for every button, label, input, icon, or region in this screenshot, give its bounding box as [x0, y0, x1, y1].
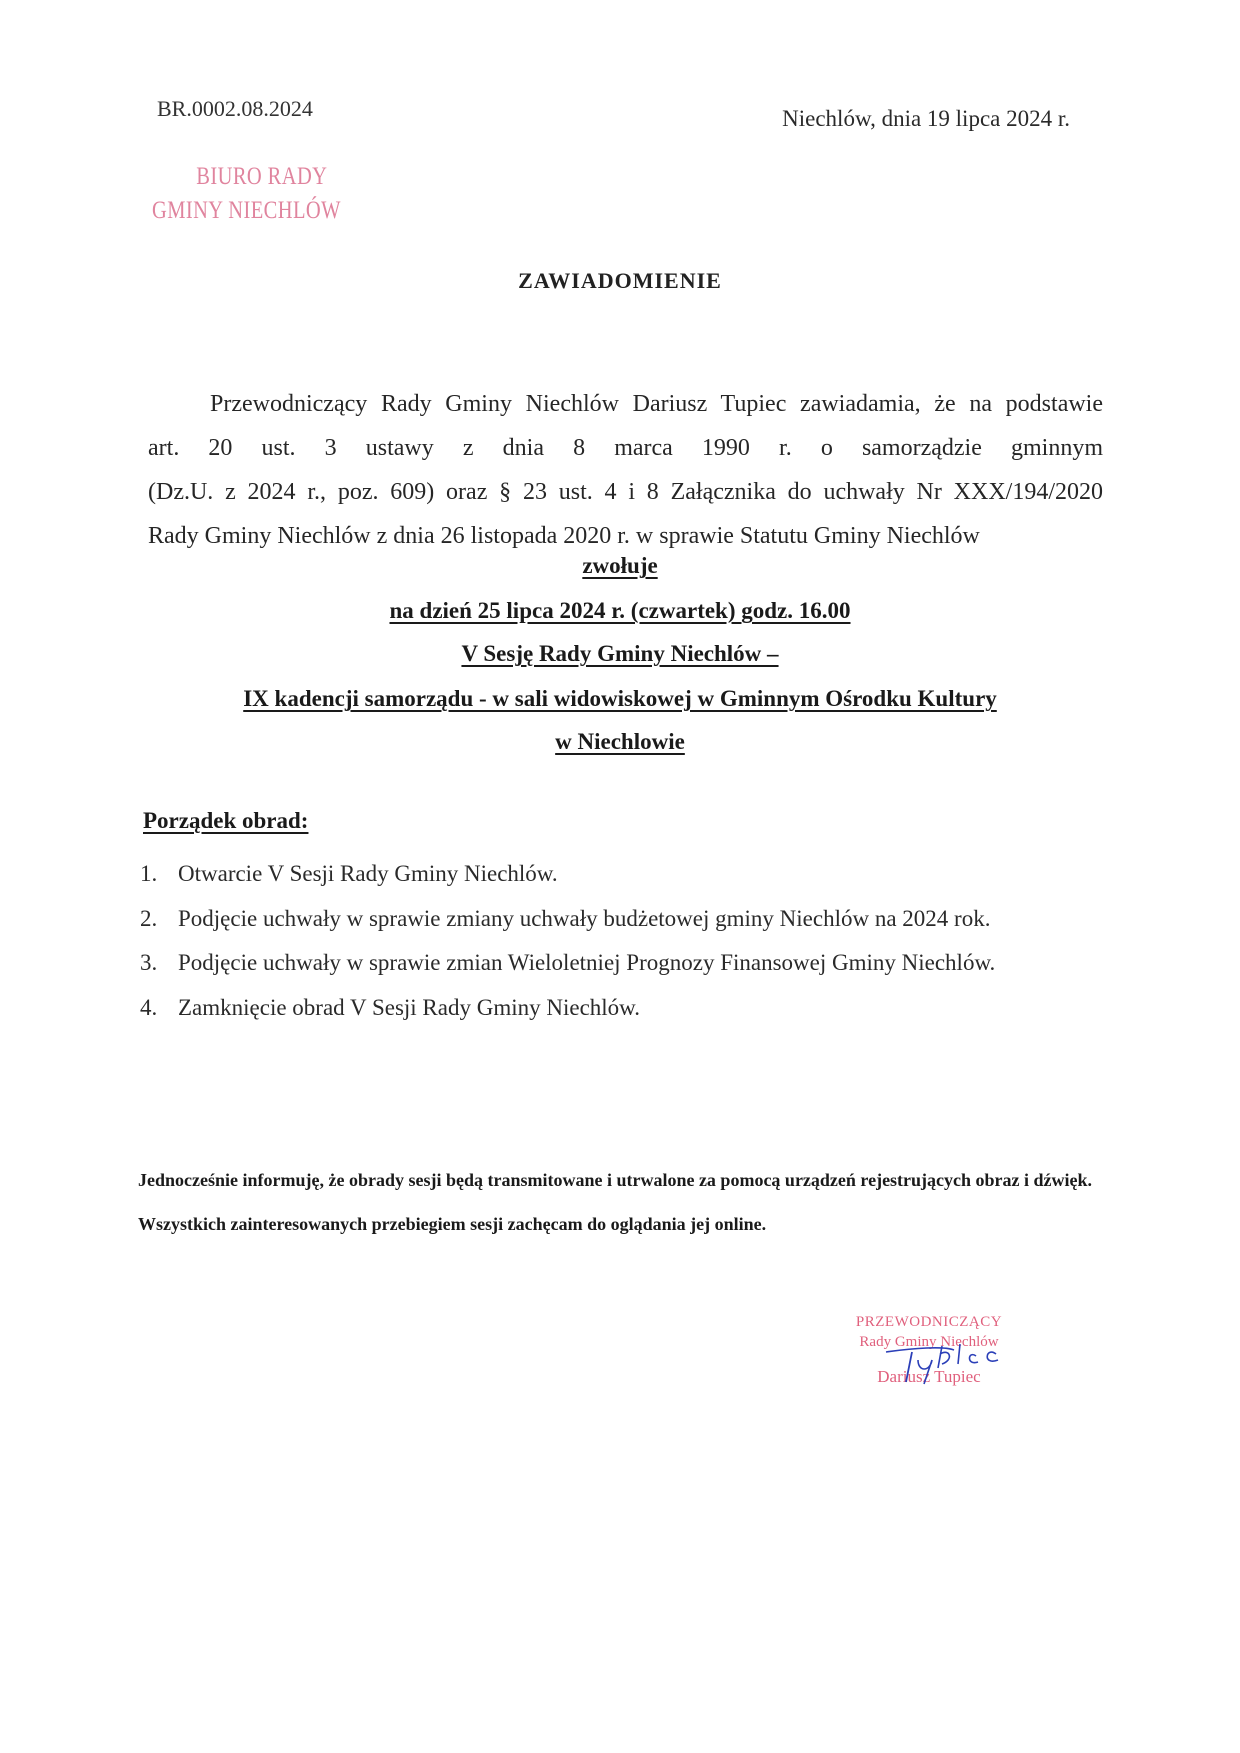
paragraph-line: Rady Gminy Niechlów z dnia 26 listopada …: [148, 514, 1103, 558]
signature-stamp: PRZEWODNICZĄCY Rady Gminy Niechlów Dariu…: [844, 1312, 1014, 1388]
signature-stamp-title: PRZEWODNICZĄCY: [844, 1312, 1014, 1332]
convocation-verb-text: zwołuje: [582, 553, 657, 578]
agenda-item-number: 1.: [140, 852, 178, 897]
session-term-line: IX kadencji samorządu - w sali widowisko…: [0, 686, 1240, 712]
agenda-item-text: Podjęcie uchwały w sprawie zmian Wielole…: [178, 950, 995, 975]
document-title: ZAWIADOMIENIE: [0, 268, 1240, 294]
stamp-line-1: BIURO RADY: [152, 160, 341, 194]
stamp-line-2: GMINY NIECHLÓW: [152, 194, 341, 228]
session-place-line: w Niechlowie: [0, 729, 1240, 755]
session-date-line: na dzień 25 lipca 2024 r. (czwartek) god…: [0, 598, 1240, 624]
agenda-item: 1.Otwarcie V Sesji Rady Gminy Niechlów.: [140, 852, 995, 897]
paragraph-line: Przewodniczący Rady Gminy Niechlów Dariu…: [148, 382, 1103, 426]
paragraph-line: art. 20 ust. 3 ustawy z dnia 8 marca 199…: [148, 426, 1103, 470]
closing-paragraph: Jednocześnie informuję, że obrady sesji …: [138, 1158, 1098, 1246]
session-date-text: na dzień 25 lipca 2024 r. (czwartek) god…: [389, 598, 850, 623]
paragraph-line: (Dz.U. z 2024 r., poz. 609) oraz § 23 us…: [148, 470, 1103, 514]
session-place-text: w Niechlowie: [555, 729, 685, 754]
agenda-item: 4.Zamknięcie obrad V Sesji Rady Gminy Ni…: [140, 986, 995, 1031]
agenda-item: 3.Podjęcie uchwały w sprawie zmian Wielo…: [140, 941, 995, 986]
notice-paragraph: Przewodniczący Rady Gminy Niechlów Dariu…: [148, 382, 1103, 558]
session-name-text: V Sesję Rady Gminy Niechlów –: [461, 641, 778, 666]
agenda-heading: Porządek obrad:: [143, 808, 308, 834]
agenda-item-text: Otwarcie V Sesji Rady Gminy Niechlów.: [178, 861, 558, 886]
convocation-verb: zwołuje: [0, 553, 1240, 579]
agenda-item-text: Podjęcie uchwały w sprawie zmiany uchwał…: [178, 906, 990, 931]
agenda-item-text: Zamknięcie obrad V Sesji Rady Gminy Niec…: [178, 995, 640, 1020]
office-stamp: BIURO RADY GMINY NIECHLÓW: [152, 160, 341, 228]
session-term-text: IX kadencji samorządu - w sali widowisko…: [243, 686, 997, 711]
agenda-item-number: 3.: [140, 941, 178, 986]
handwritten-signature-icon: [884, 1338, 1004, 1386]
agenda-item-number: 4.: [140, 986, 178, 1031]
document-reference-number: BR.0002.08.2024: [157, 96, 313, 122]
agenda-item-number: 2.: [140, 897, 178, 942]
place-and-date: Niechlów, dnia 19 lipca 2024 r.: [782, 106, 1070, 132]
agenda-item: 2.Podjęcie uchwały w sprawie zmiany uchw…: [140, 897, 995, 942]
session-name-line: V Sesję Rady Gminy Niechlów –: [0, 641, 1240, 667]
agenda-list: 1.Otwarcie V Sesji Rady Gminy Niechlów. …: [140, 852, 995, 1030]
